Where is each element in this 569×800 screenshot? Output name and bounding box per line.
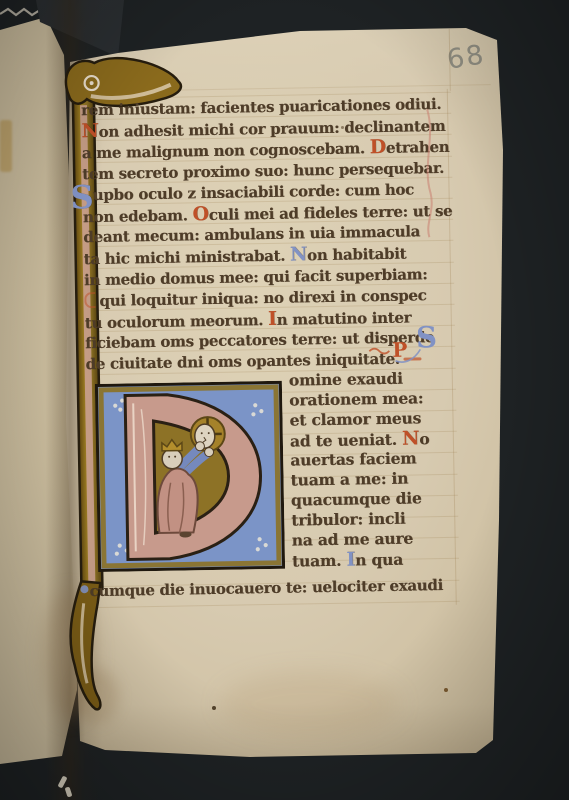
text-run: upbo oculo z insaciabili corde: cum hoc — [93, 180, 415, 204]
illuminated-letter: I — [268, 308, 277, 330]
historiated-initial-D — [95, 381, 285, 572]
psalm-text-block: rem iniustam: facientes puaricationes od… — [81, 94, 458, 376]
text-run: o — [419, 429, 429, 448]
text-run: etrahen — [386, 138, 450, 157]
text-run: ta hic michi ministrabat. — [84, 247, 291, 269]
illuminated-letter: N — [402, 427, 420, 449]
psalm-101-opening-column: omine exaudiorationem mea:et clamor meus… — [289, 368, 460, 571]
text-run: omine exaudi — [289, 369, 403, 390]
paragraph-mark-icon — [84, 292, 95, 308]
text-run: ad te ueniat. — [290, 430, 403, 451]
manuscript-photo: 68 — [0, 0, 569, 800]
illuminated-letter: N — [81, 120, 98, 142]
text-run: tribulor: incli — [291, 509, 406, 530]
ruling-line — [449, 29, 451, 91]
text-run: n matutino inter — [276, 308, 411, 328]
psalm-marker-p: P — [392, 338, 407, 362]
illuminated-letter: O — [192, 203, 209, 225]
text-run: tuam. — [292, 551, 347, 571]
text-run: tuam a me: in — [290, 469, 408, 490]
text-run: cumque die inuocauero te: uelociter exau… — [89, 576, 443, 600]
written-area: rem iniustam: facientes puaricationes od… — [0, 0, 569, 800]
text-run: quacumque die — [291, 488, 422, 509]
illuminated-letter: S — [70, 188, 92, 206]
psalm-marker-s: S — [416, 320, 438, 354]
text-run: orationem mea: — [289, 388, 423, 409]
text-run: tu oculorum meorum. — [85, 311, 269, 332]
text-run: non edebam. — [83, 206, 193, 226]
text-run: auertas faciem — [290, 448, 416, 469]
illuminated-letter: N — [290, 244, 307, 266]
illuminated-letter: D — [369, 136, 386, 158]
text-run: on habitabit — [307, 245, 406, 265]
text-run: et clamor meus — [289, 408, 421, 429]
text-run: na ad me aure — [291, 529, 413, 550]
text-run: n qua — [355, 550, 403, 570]
text-line: tuam. In qua — [292, 548, 460, 571]
